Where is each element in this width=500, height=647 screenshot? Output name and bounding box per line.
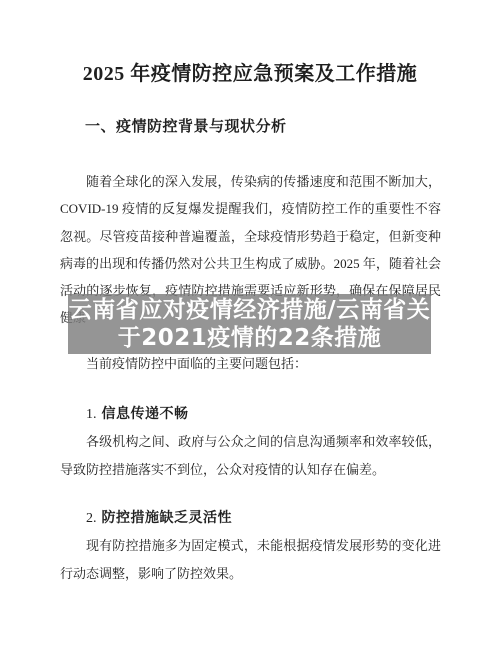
issue-2-block: 2.防控措施缺乏灵活性 现有防控措施多为固定模式，未能根据疫情发展形势的变化进 … xyxy=(60,505,441,587)
issue-1-title: 信息传递不畅 xyxy=(102,407,189,422)
paragraph-line: 各级机构之间、政府与公众之间的信息沟通频率和效率较低， xyxy=(60,428,441,455)
issue-2-heading: 2.防控措施缺乏灵活性 xyxy=(60,505,441,532)
paragraph-line: 当前疫情防控中面临的主要问题包括： xyxy=(60,350,441,377)
section-heading: 一、疫情防控背景与现状分析 xyxy=(85,115,287,136)
watermark-banner-line-2: 于2021疫情的22条措施 xyxy=(118,324,382,353)
issue-2-title: 防控措施缺乏灵活性 xyxy=(102,511,233,526)
issue-1-block: 1.信息传递不畅 各级机构之间、政府与公众之间的信息沟通频率和效率较低， 导致防… xyxy=(60,401,441,483)
watermark-banner-line-1: 云南省应对疫情经济措施/云南省关 xyxy=(69,296,430,325)
watermark-banner: 云南省应对疫情经济措施/云南省关 于2021疫情的22条措施 xyxy=(68,294,431,354)
paragraph-problems-intro: 当前疫情防控中面临的主要问题包括： xyxy=(60,350,441,377)
document-page: 2025 年疫情防控应急预案及工作措施 一、疫情防控背景与现状分析 随着全球化的… xyxy=(0,0,500,647)
paragraph-line: 随着全球化的深入发展，传染病的传播速度和范围不断加大， xyxy=(60,168,441,195)
paragraph-line: 病毒的出现和传播仍然对公共卫生构成了威胁。2025 年，随着社会 xyxy=(60,250,441,277)
paragraph-line: 行动态调整，影响了防控效果。 xyxy=(60,560,441,587)
document-title: 2025 年疫情防控应急预案及工作措施 xyxy=(0,57,500,86)
paragraph-line: 导致防控措施落实不到位，公众对疫情的认知存在偏差。 xyxy=(60,456,441,483)
issue-2-number: 2. xyxy=(86,511,97,526)
issue-1-number: 1. xyxy=(86,407,97,422)
issue-1-heading: 1.信息传递不畅 xyxy=(60,401,441,428)
paragraph-line: COVID-19 疫情的反复爆发提醒我们，疫情防控工作的重要性不容 xyxy=(60,195,441,222)
paragraph-line: 现有防控措施多为固定模式，未能根据疫情发展形势的变化进 xyxy=(60,532,441,559)
paragraph-line: 忽视。尽管疫苗接种普遍覆盖，全球疫情形势趋于稳定，但新变种 xyxy=(60,223,441,250)
